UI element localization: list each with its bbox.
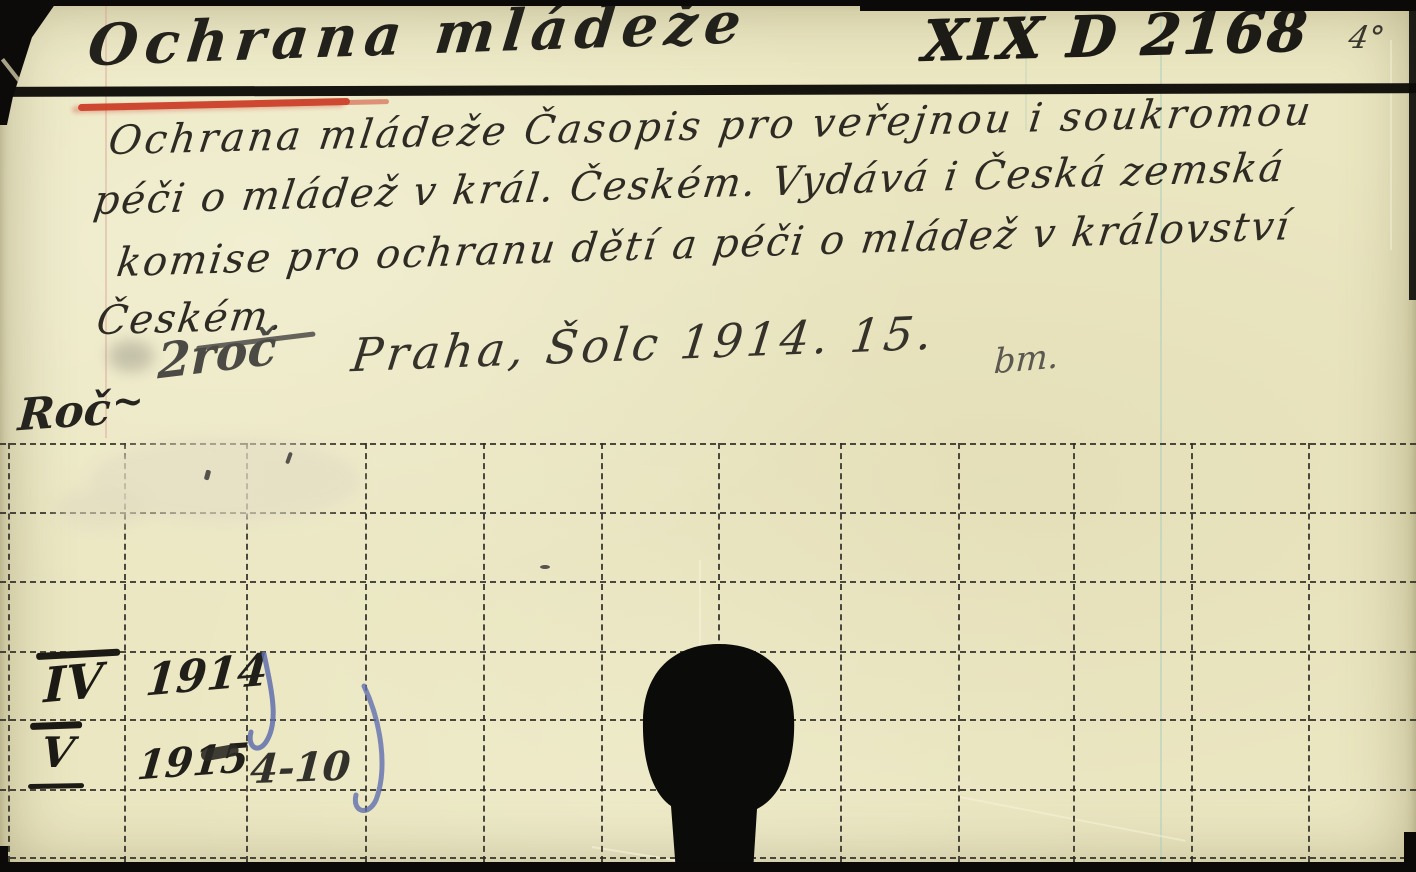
pencil-tick: [540, 565, 550, 569]
bottom-edge: [0, 862, 1416, 872]
grid-row-label-mark: ~: [112, 378, 144, 423]
card-title: Ochrana mládeže: [85, 0, 751, 79]
grid-column-line: [365, 443, 367, 862]
holding-year: 1914: [143, 644, 270, 706]
red-underline: [78, 98, 350, 111]
top-left-corner-shadow: [0, 0, 58, 125]
grid-column-line: [840, 443, 842, 862]
catalog-card: Ochrana mládeže XIX D 2168 4° Ochrana ml…: [0, 0, 1416, 872]
bottom-left-corner: [0, 846, 8, 872]
grid-column-line: [601, 443, 603, 862]
grid-column-line: [483, 443, 485, 862]
paper-crease: [699, 560, 701, 860]
right-edge: [1409, 0, 1416, 300]
holding-volume: IV: [43, 653, 103, 715]
holding-issues: 4-10: [249, 743, 352, 794]
erased-area: [55, 488, 145, 528]
scanned-catalog-card: Ochrana mládeže XIX D 2168 4° Ochrana ml…: [0, 0, 1416, 872]
holding-year: 1915: [135, 734, 251, 789]
holding-volume: V: [39, 728, 77, 777]
grid-row-line: [0, 719, 1416, 721]
imprint-text: Praha, Šolc 1914. 15.: [349, 306, 939, 383]
erased-pencil-smudge: [108, 340, 154, 372]
top-edge-right: [860, 0, 1416, 11]
call-number: XIX D 2168: [920, 0, 1312, 74]
grid-column-line: [718, 443, 720, 862]
blue-checkmark-2: [355, 686, 382, 811]
grid-row-line: [0, 581, 1416, 583]
paper-crease: [1390, 40, 1392, 250]
grid-column-line: [1308, 443, 1310, 862]
pencil-mark: bm.: [993, 336, 1060, 382]
grid-column-line: [1073, 443, 1075, 862]
bottom-right-corner: [1404, 832, 1416, 872]
grid-column-line: [1191, 443, 1193, 862]
format-mark: 4°: [1346, 20, 1388, 56]
grid-row-line: [0, 857, 1416, 859]
grid-row-label: Roč: [16, 384, 112, 442]
grid-column-line: [958, 443, 960, 862]
grid-column-line: [8, 443, 10, 862]
grid-row-line: [0, 789, 1416, 791]
volume-underline: [28, 783, 84, 789]
